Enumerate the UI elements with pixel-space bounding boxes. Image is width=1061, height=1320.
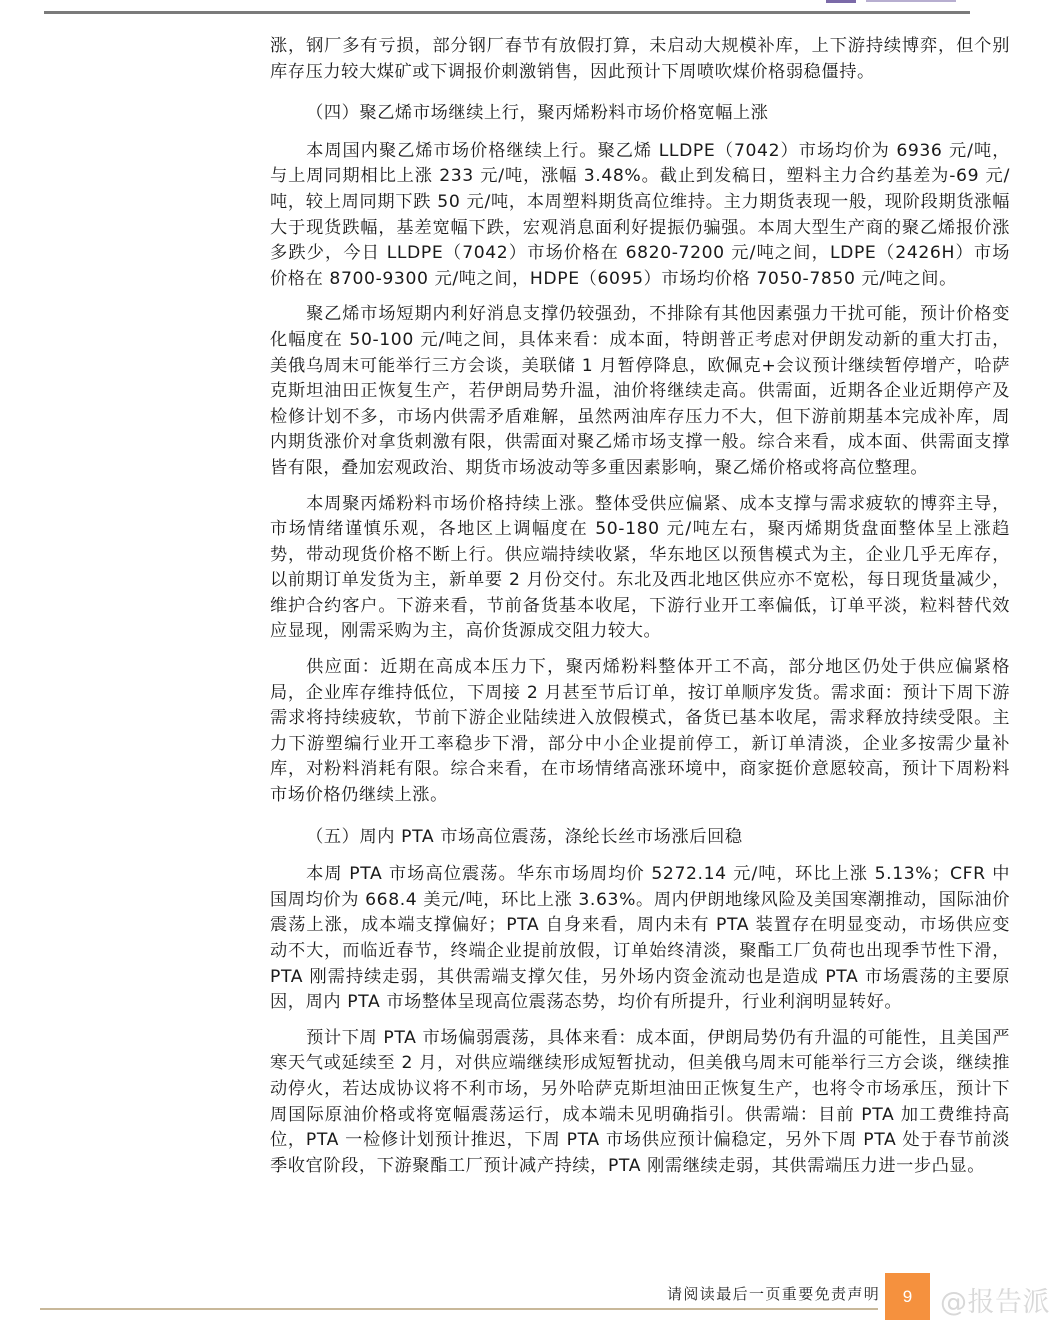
- paragraph-pta-market: 本周 PTA 市场高位震荡。华东市场周均价 5272.14 元/吨，环比上涨 5…: [270, 862, 1010, 1016]
- section-heading-5: （五）周内 PTA 市场高位震荡，涤纶长丝市场涨后回稳: [270, 825, 1010, 851]
- footer-rule: [40, 1308, 878, 1310]
- header-logo-text: [866, 0, 956, 2]
- section-heading-4: （四）聚乙烯市场继续上行，聚丙烯粉料市场价格宽幅上涨: [270, 101, 1010, 127]
- document-body: 涨，钢厂多有亏损，部分钢厂春节有放假打算，未启动大规模补库，上下游持续博弈，但个…: [270, 34, 1010, 1179]
- paragraph-pp-market: 本周聚丙烯粉料市场价格持续上涨。整体受供应偏紧、成本支撑与需求疲软的博弈主导，市…: [270, 492, 1010, 646]
- paragraph-pe-market: 本周国内聚乙烯市场价格继续上行。聚乙烯 LLDPE（7042）市场均价为 693…: [270, 139, 1010, 293]
- header-rule: [44, 11, 970, 14]
- header-logo-strip: [826, 0, 856, 3]
- page-number-badge: 9: [885, 1273, 930, 1320]
- watermark: @报告派: [940, 1280, 1050, 1319]
- paragraph-pp-outlook: 供应面：近期在高成本压力下，聚丙烯粉料整体开工不高，部分地区仍处于供应偏紧格局，…: [270, 655, 1010, 809]
- footer-disclaimer: 请阅读最后一页重要免责声明: [667, 1283, 880, 1304]
- paragraph-pta-outlook: 预计下周 PTA 市场偏弱震荡，具体来看：成本面，伊朗局势仍有升温的可能性，且美…: [270, 1026, 1010, 1180]
- paragraph-pe-outlook: 聚乙烯市场短期内利好消息支撑仍较强劲，不排除有其他因素强力干扰可能，预计价格变化…: [270, 302, 1010, 481]
- paragraph-continuation: 涨，钢厂多有亏损，部分钢厂春节有放假打算，未启动大规模补库，上下游持续博弈，但个…: [270, 34, 1010, 85]
